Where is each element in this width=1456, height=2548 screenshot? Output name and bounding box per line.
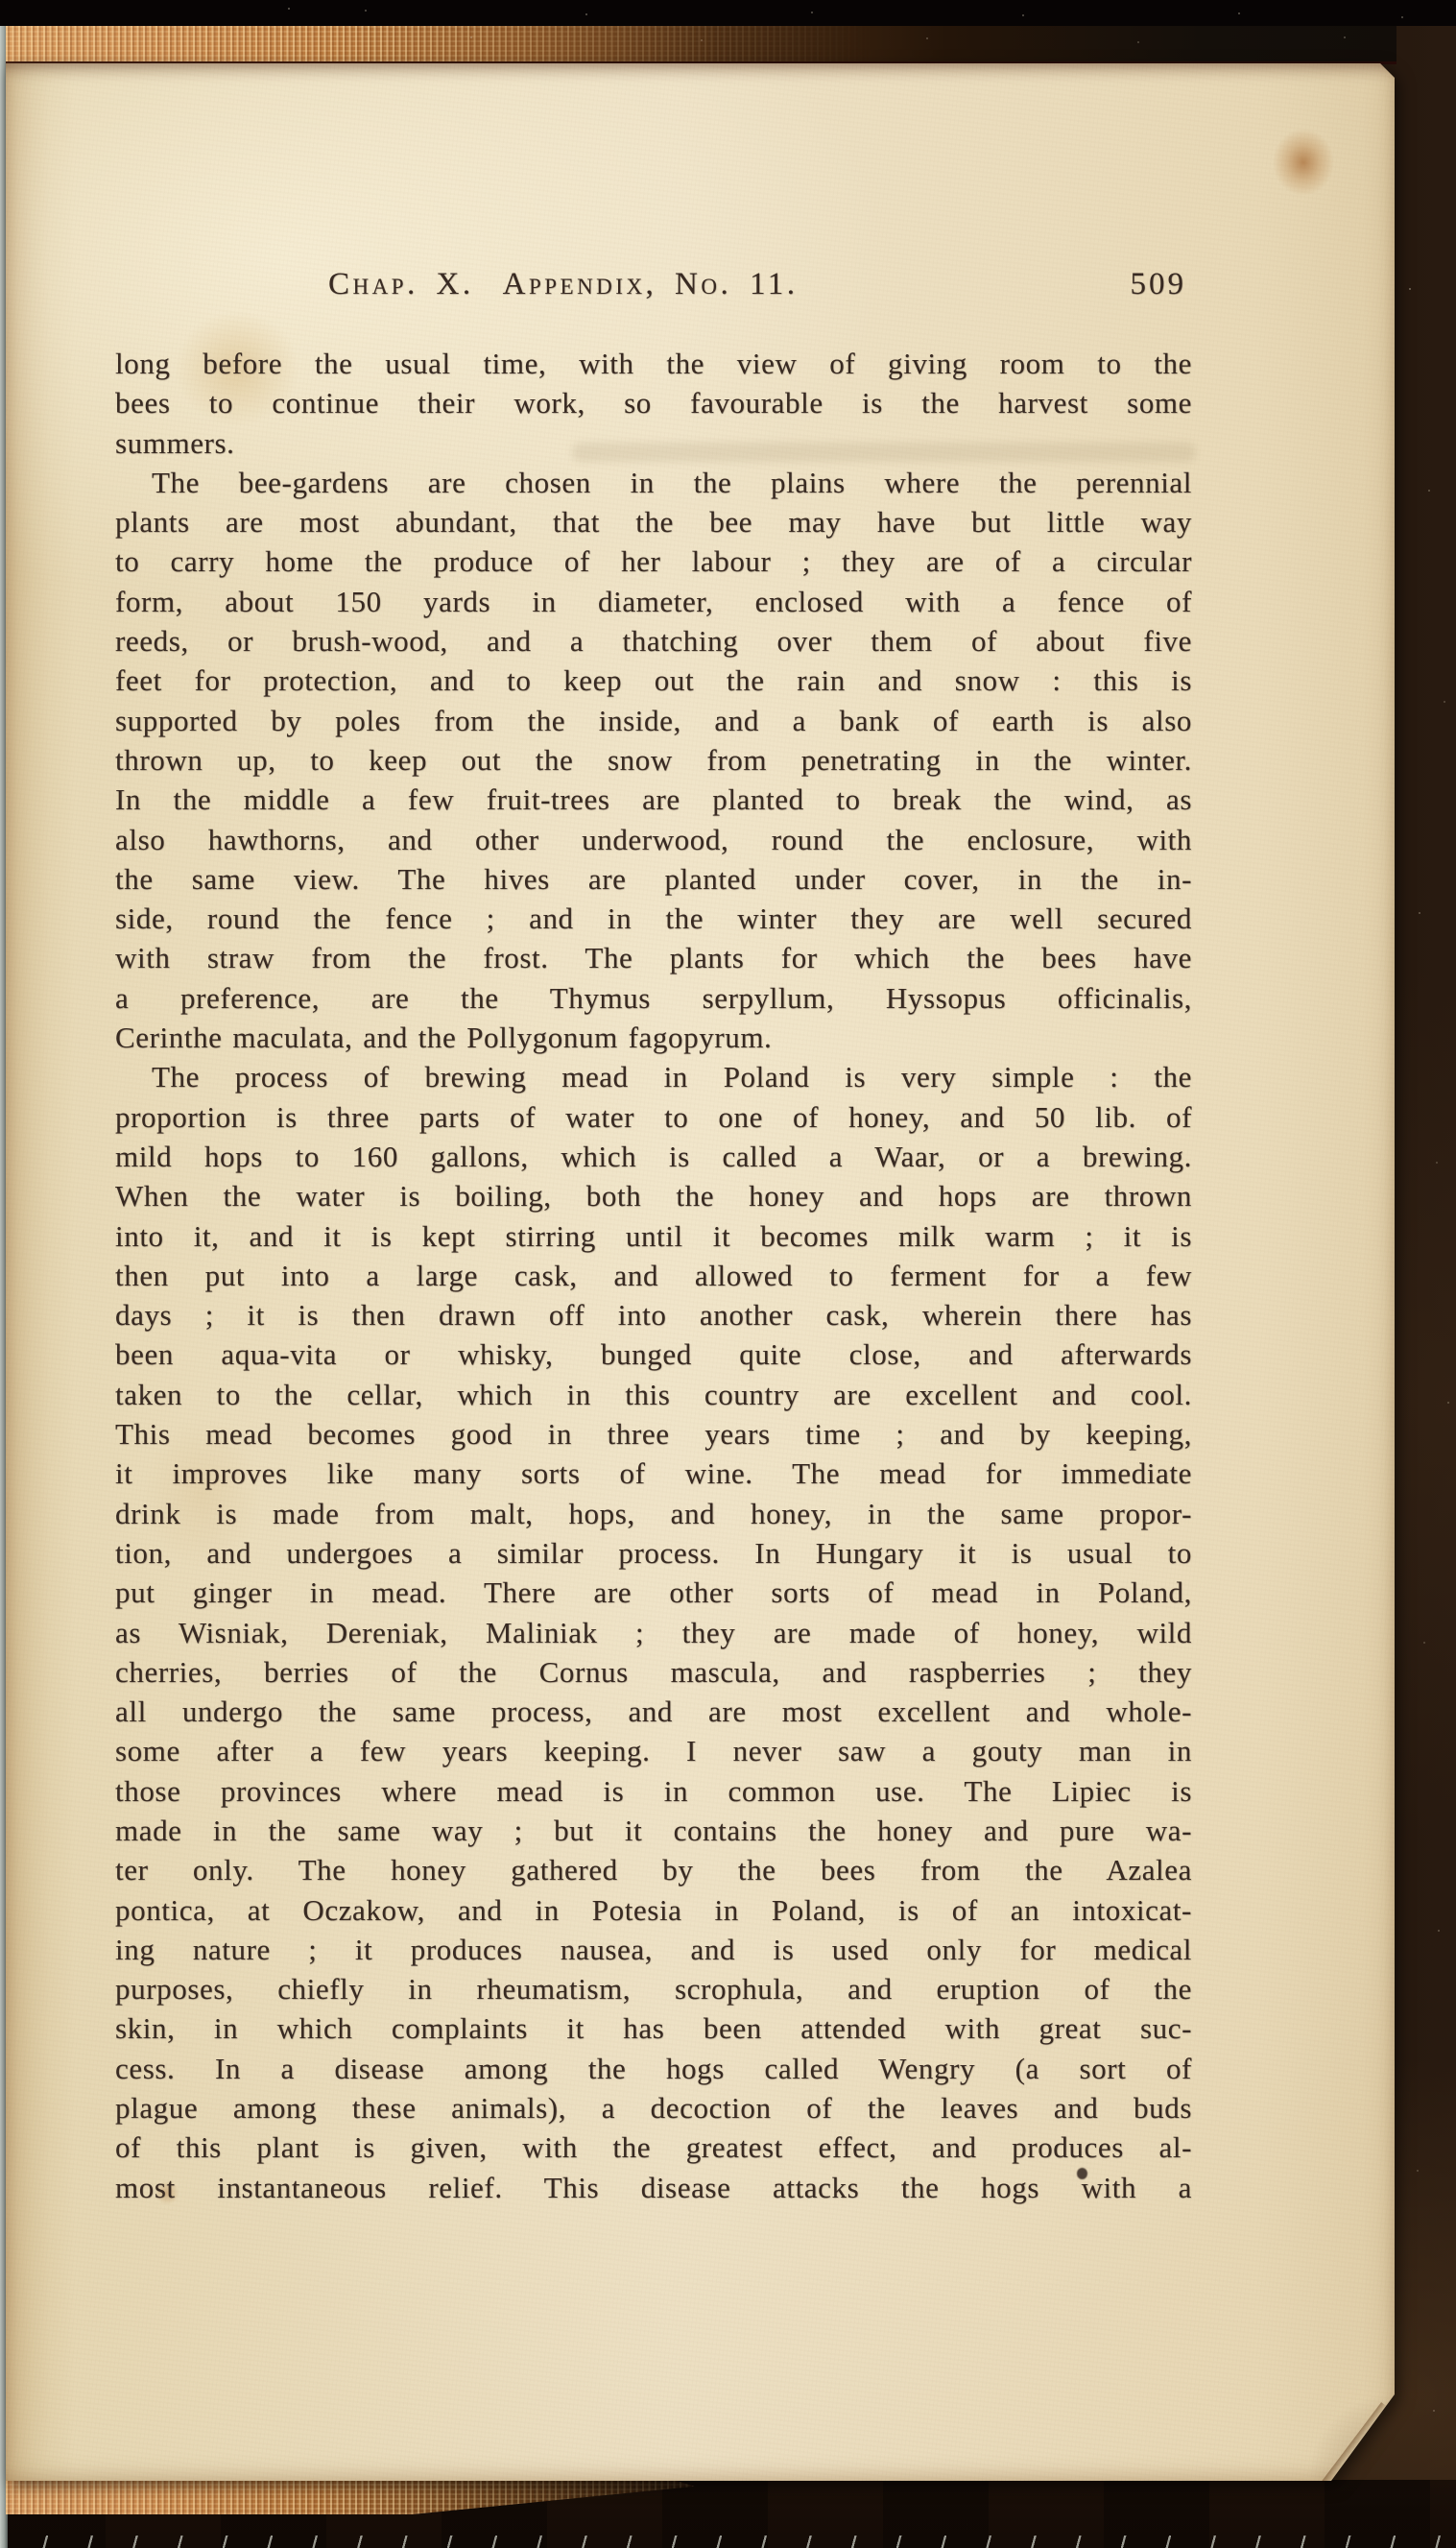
dust-specks: [288, 8, 290, 10]
text-line: it improves like many sorts of wine. The…: [115, 1454, 1192, 1493]
text-line: into it, and it is kept stirring until i…: [115, 1216, 1192, 1256]
header-section: Appendix, No. 11.: [503, 267, 799, 301]
text-line: reeds, or brush-wood, and a thatching ov…: [115, 621, 1192, 661]
text-line: also hawthorns, and other underwood, rou…: [115, 820, 1192, 859]
text-line: as Wisniak, Dereniak, Maliniak ; they ar…: [115, 1613, 1192, 1652]
text-line: side, round the fence ; and in the winte…: [115, 899, 1192, 938]
text-line: mild hops to 160 gallons, which is calle…: [115, 1137, 1192, 1176]
book-page-wrap: Chap. X.Appendix, No. 11. 509 long befor…: [6, 63, 1395, 2481]
text-line: In the middle a few fruit-trees are plan…: [115, 780, 1192, 819]
text-line: skin, in which complaints it has been at…: [115, 2008, 1192, 2048]
dust-specks: [1409, 288, 1411, 290]
fox-spot-stain: [1273, 129, 1334, 196]
text-block: Chap. X.Appendix, No. 11. 509 long befor…: [115, 267, 1192, 2207]
text-line: thrown up, to keep out the snow from pen…: [115, 740, 1192, 780]
text-line: most instantaneous relief. This disease …: [115, 2168, 1192, 2207]
body-text: long before the usual time, with the vie…: [115, 344, 1192, 2207]
text-line: proportion is three parts of water to on…: [115, 1097, 1192, 1137]
text-line: made in the same way ; but it contains t…: [115, 1811, 1192, 1850]
cloth-weave-texture: [6, 25, 1396, 61]
text-line: drink is made from malt, hops, and honey…: [115, 1494, 1192, 1533]
book-page: Chap. X.Appendix, No. 11. 509 long befor…: [6, 63, 1395, 2481]
text-line: ing nature ; it produces nausea, and is …: [115, 1930, 1192, 1969]
text-line: ter only. The honey gathered by the bees…: [115, 1850, 1192, 1889]
scan-top-border: [0, 0, 1456, 26]
running-header: Chap. X.Appendix, No. 11. 509: [115, 267, 1192, 311]
text-line: cess. In a disease among the hogs called…: [115, 2049, 1192, 2088]
cloth-binding-top: [6, 25, 1396, 64]
dogear-corner-shade: [1251, 2327, 1395, 2481]
text-line: been aqua-vita or whisky, bunged quite c…: [115, 1334, 1192, 1374]
page-number: 509: [1131, 267, 1187, 302]
text-line: This mead becomes good in three years ti…: [115, 1414, 1192, 1454]
text-line: of this plant is given, with the greates…: [115, 2127, 1192, 2167]
text-line: The process of brewing mead in Poland is…: [115, 1057, 1192, 1096]
text-line: purposes, chiefly in rheumatism, scrophu…: [115, 1969, 1192, 2008]
text-line: cherries, berries of the Cornus mascula,…: [115, 1652, 1192, 1692]
text-line: a preference, are the Thymus serpyllum, …: [115, 978, 1192, 1018]
text-line: supported by poles from the inside, and …: [115, 701, 1192, 740]
text-line: pontica, at Oczakow, and in Potesia in P…: [115, 1890, 1192, 1930]
text-line: taken to the cellar, which in this count…: [115, 1375, 1192, 1414]
text-line: plague among these animals), a decoction…: [115, 2088, 1192, 2127]
text-line: then put into a large cask, and allowed …: [115, 1256, 1192, 1295]
header-chapter: Chap. X.: [328, 267, 474, 301]
text-line: bees to continue their work, so favourab…: [115, 383, 1192, 422]
text-line: some after a few years keeping. I never …: [115, 1731, 1192, 1770]
text-line: those provinces where mead is in common …: [115, 1771, 1192, 1811]
text-line: tion, and undergoes a similar process. I…: [115, 1533, 1192, 1573]
text-line: put ginger in mead. There are other sort…: [115, 1573, 1192, 1612]
text-line: days ; it is then drawn off into another…: [115, 1295, 1192, 1334]
measurement-ruler: [0, 2536, 1456, 2548]
text-line: long before the usual time, with the vie…: [115, 344, 1192, 383]
text-line: summers.: [115, 423, 1192, 463]
header-title: Chap. X.Appendix, No. 11.: [328, 267, 799, 302]
text-line: The bee-gardens are chosen in the plains…: [115, 463, 1192, 502]
text-line: Cerinthe maculata, and the Pollygonum fa…: [115, 1018, 1192, 1057]
text-line: all undergo the same process, and are mo…: [115, 1692, 1192, 1731]
text-line: plants are most abundant, that the bee m…: [115, 502, 1192, 541]
text-line: the same view. The hives are planted und…: [115, 859, 1192, 899]
text-line: feet for protection, and to keep out the…: [115, 661, 1192, 700]
text-line: When the water is boiling, both the hone…: [115, 1176, 1192, 1215]
text-line: with straw from the frost. The plants fo…: [115, 938, 1192, 977]
text-line: to carry home the produce of her labour …: [115, 541, 1192, 581]
text-line: form, about 150 yards in diameter, enclo…: [115, 582, 1192, 621]
